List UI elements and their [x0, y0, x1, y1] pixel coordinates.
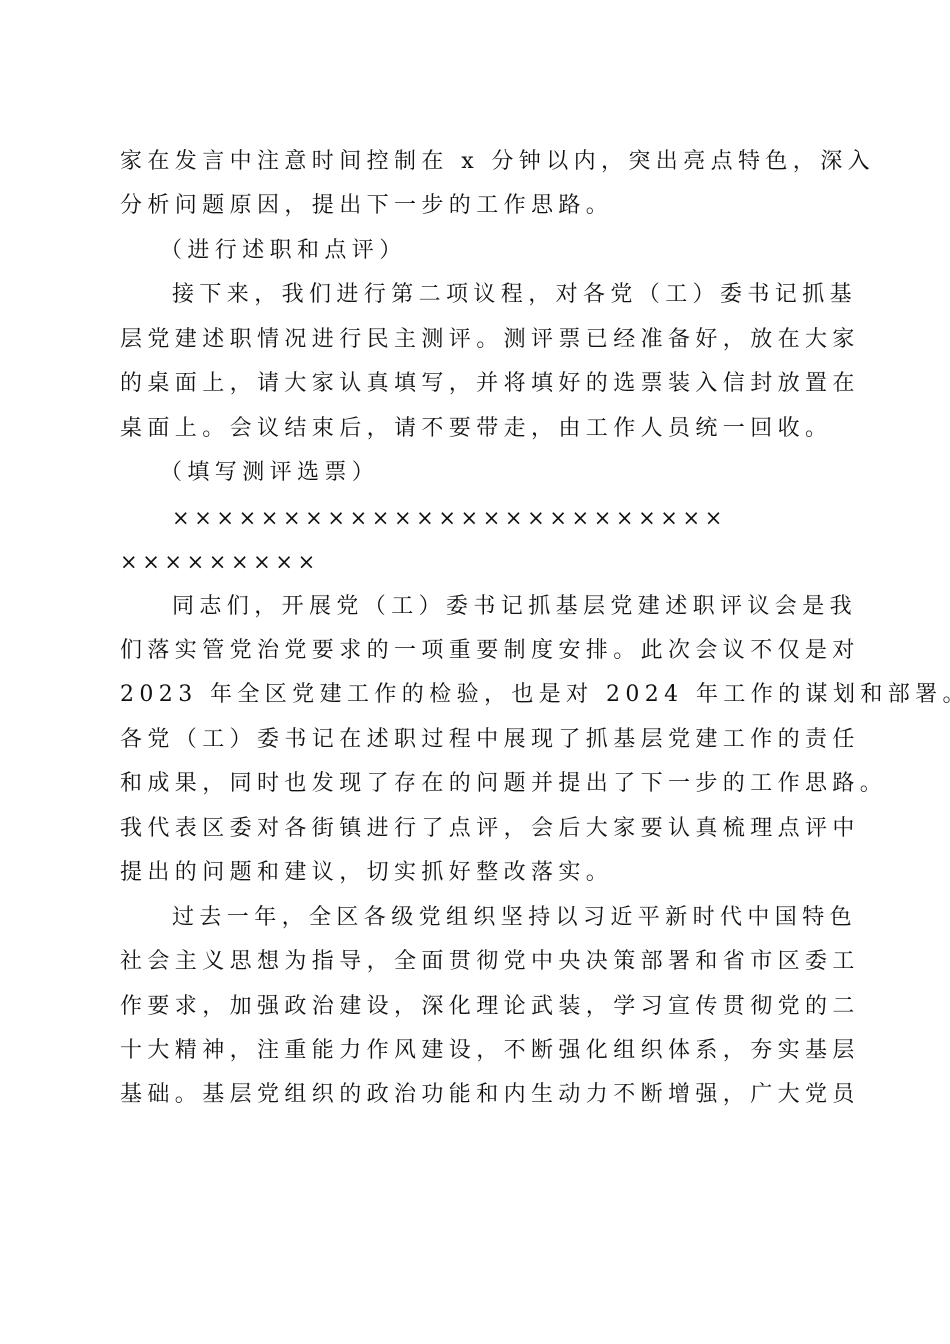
- paragraph-start: 同志们，开展党（工）委书记抓基层党建述职评议会是我: [172, 592, 857, 622]
- text-line: 我代表区委对各街镇进行了点评，会后大家要认真梳理点评中: [120, 814, 860, 844]
- text-line: 层党建述职情况进行民主测评。测评票已经准备好，放在大家: [120, 325, 860, 355]
- text-line: 十大精神，注重能力作风建设，不断强化组织体系，夯实基层: [120, 1036, 860, 1066]
- text-line: 2023 年全区党建工作的检验，也是对 2024 年工作的谋划和部署。: [120, 680, 950, 710]
- text-line: 提出的问题和建议，切实抓好整改落实。: [120, 858, 613, 888]
- paragraph-start: 过去一年，全区各级党组织坚持以习近平新时代中国特色: [172, 903, 857, 933]
- text-line: 们落实管党治党要求的一项重要制度安排。此次会议不仅是对: [120, 636, 860, 666]
- text-line: 家在发言中注意时间控制在 x 分钟以内，突出亮点特色，深入: [120, 147, 875, 177]
- text-line: 分析问题原因，提出下一步的工作思路。: [120, 191, 613, 221]
- stage-direction: （填写测评选票）: [160, 458, 379, 488]
- placeholder-crosses: ×××××××××××××××××××××××××: [172, 503, 727, 533]
- paragraph-start: 接下来，我们进行第二项议程，对各党（工）委书记抓基: [172, 280, 857, 310]
- text-line: 的桌面上，请大家认真填写，并将填好的选票装入信封放置在: [120, 369, 860, 399]
- text-line: 各党（工）委书记在述职过程中展现了抓基层党建工作的责任: [120, 725, 860, 755]
- text-line: 桌面上。会议结束后，请不要带走，由工作人员统一回收。: [120, 414, 832, 444]
- text-line: 作要求，加强政治建设，深化理论武装，学习宣传贯彻党的二: [120, 992, 860, 1022]
- stage-direction: （进行述职和点评）: [160, 236, 407, 266]
- text-line: 社会主义思想为指导，全面贯彻党中央决策部署和省市区委工: [120, 947, 860, 977]
- document-page: 家在发言中注意时间控制在 x 分钟以内，突出亮点特色，深入 分析问题原因，提出下…: [0, 0, 950, 1344]
- text-line: 和成果，同时也发现了存在的问题并提出了下一步的工作思路。: [120, 769, 887, 799]
- text-line: 基础。基层党组织的政治功能和内生动力不断增强，广大党员: [120, 1080, 860, 1110]
- placeholder-crosses: ×××××××××: [120, 547, 320, 577]
